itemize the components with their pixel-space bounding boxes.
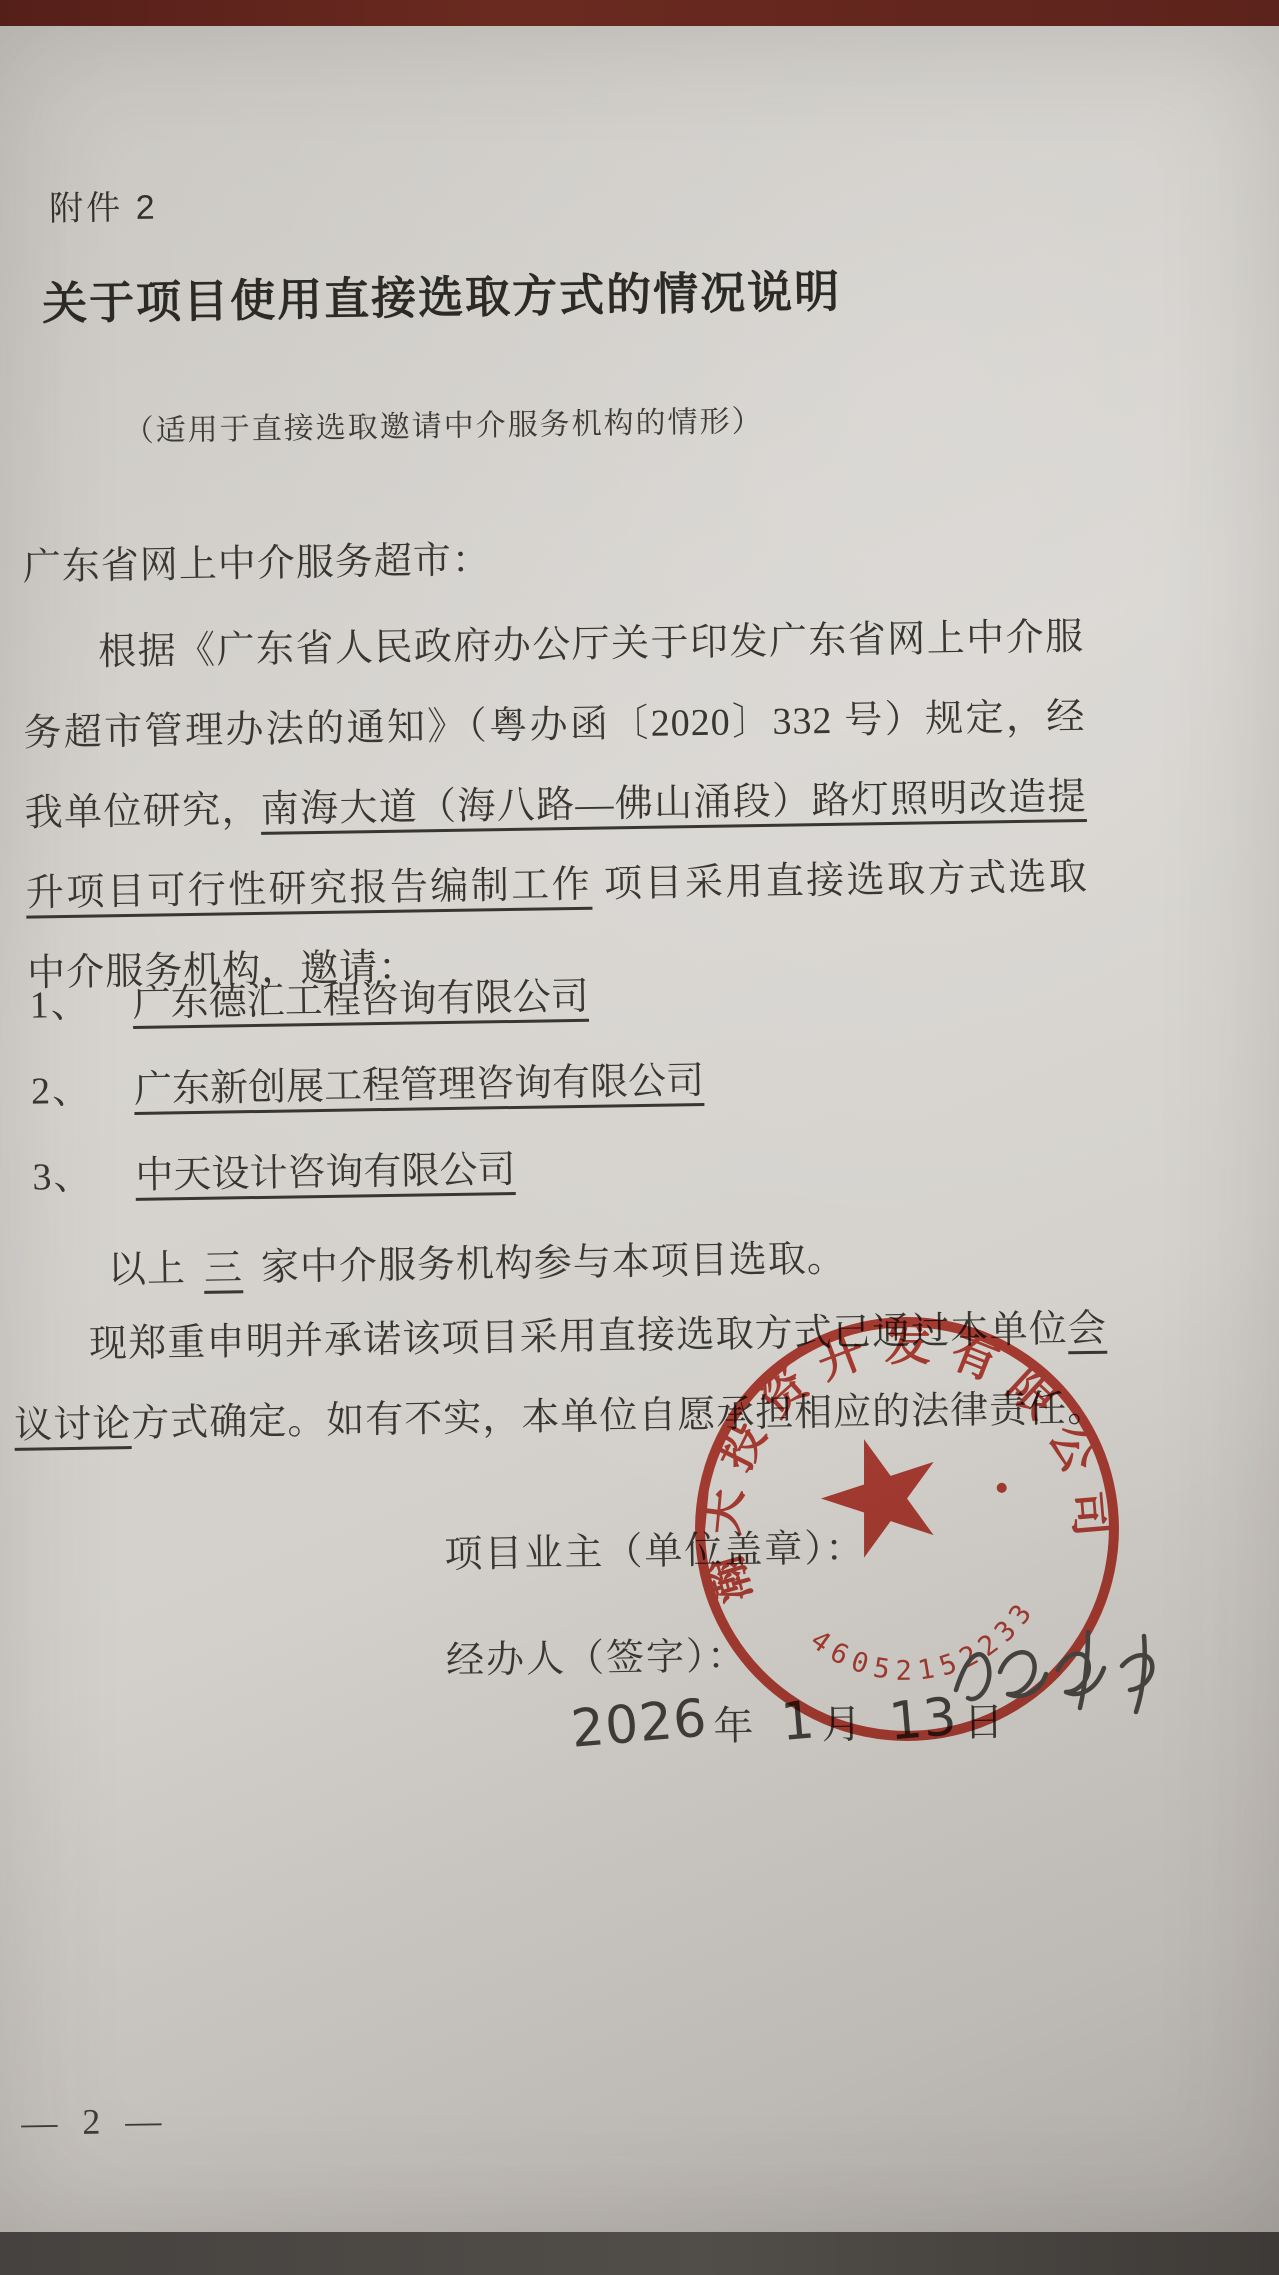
signature-stroke bbox=[956, 1654, 989, 1699]
invitee-name-underlined: 广东新创展工程管理咨询有限公司 bbox=[118, 1048, 741, 1113]
seal-dot bbox=[996, 1482, 1008, 1494]
seal-ring-text: 瀚天投资开发有限公司 bbox=[663, 1285, 1123, 1609]
salutation-line: 广东省网上中介服务超市： bbox=[22, 528, 491, 590]
signature-stroke bbox=[1122, 1655, 1152, 1690]
handwritten-signature bbox=[938, 1612, 1198, 1732]
item-index: 3、 bbox=[32, 1145, 94, 1201]
svg-text:瀚天投资开发有限公司: 瀚天投资开发有限公司 bbox=[663, 1285, 1123, 1609]
count-underlined: 三 bbox=[186, 1247, 262, 1290]
document-subtitle: （适用于直接选取邀请中介服务机构的情形） bbox=[0, 394, 897, 452]
list-item: 1、 广东德汇工程咨询有限公司 bbox=[29, 962, 739, 1059]
count-suffix: 家中介服务机构参与本项目选取。 bbox=[261, 1238, 847, 1289]
signature-stroke bbox=[1058, 1654, 1104, 1694]
page-content: 附件 2 关于项目使用直接选取方式的情况说明 （适用于直接选取邀请中介服务机构的… bbox=[0, 16, 1279, 2242]
item-index: 2、 bbox=[31, 1059, 93, 1115]
document-title: 关于项目使用直接选取方式的情况说明 bbox=[0, 254, 895, 333]
signature-stroke bbox=[1000, 1652, 1046, 1696]
item-index: 1、 bbox=[29, 973, 91, 1029]
count-line: 以上三家中介服务机构参与本项目选取。 bbox=[31, 1227, 846, 1295]
signature-stroke bbox=[1080, 1632, 1088, 1708]
document-photo: 附件 2 关于项目使用直接选取方式的情况说明 （适用于直接选取邀请中介服务机构的… bbox=[0, 0, 1279, 2275]
page-number: — 2 — bbox=[21, 2100, 170, 2144]
photo-bottom-edge bbox=[0, 2232, 1279, 2275]
list-item: 2、 广东新创展工程管理咨询有限公司 bbox=[31, 1048, 741, 1145]
count-prefix: 以上 bbox=[108, 1248, 187, 1291]
seal-star-icon bbox=[808, 1421, 956, 1565]
invitee-name-underlined: 中天设计咨询有限公司 bbox=[119, 1137, 552, 1199]
list-item: 3、 中天设计咨询有限公司 bbox=[32, 1134, 742, 1231]
basis-paragraph: 根据《广东省人民政府办公厅关于印发广东省网上中介服务超市管理办法的通知》（粤办函… bbox=[22, 597, 1090, 1014]
signature-stroke bbox=[1136, 1636, 1145, 1712]
attachment-label: 附件 2 bbox=[49, 179, 158, 230]
date-year: 2026 bbox=[569, 1688, 710, 1759]
invitee-list: 1、 广东德汇工程咨询有限公司 2、 广东新创展工程管理咨询有限公司 3、 中天… bbox=[29, 962, 742, 1231]
invitee-name-underlined: 广东德汇工程咨询有限公司 bbox=[116, 964, 625, 1027]
document-page: 附件 2 关于项目使用直接选取方式的情况说明 （适用于直接选取邀请中介服务机构的… bbox=[0, 26, 1279, 2232]
